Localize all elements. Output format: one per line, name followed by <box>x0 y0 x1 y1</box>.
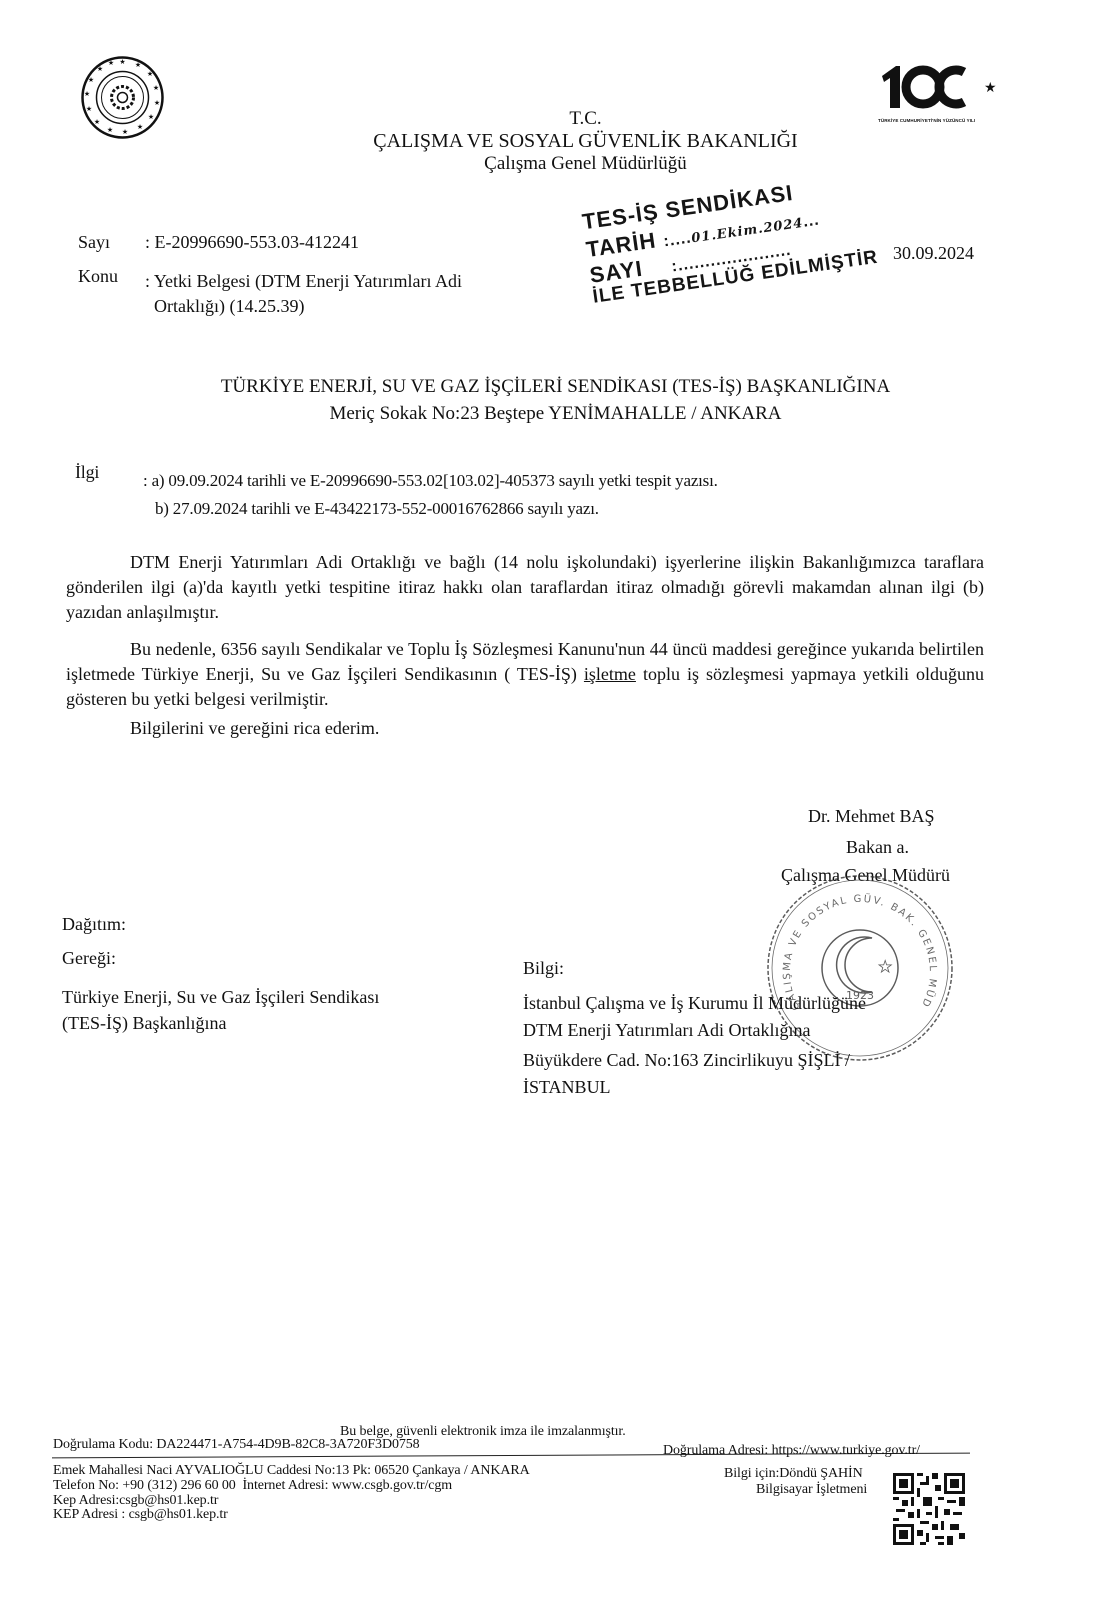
svg-text:★: ★ <box>84 90 90 98</box>
svg-text:★: ★ <box>88 76 94 84</box>
geregi-label: Gereği: <box>62 948 116 969</box>
svg-text:★: ★ <box>147 70 153 78</box>
office-address: Emek Mahallesi Naci AYVALIOĞLU Caddesi N… <box>53 1463 530 1479</box>
signatory-name: Dr. Mehmet BAŞ <box>808 806 935 827</box>
ilgi-label: İlgi <box>75 462 99 483</box>
distribution-label: Dağıtım: <box>62 914 126 935</box>
contact-title: Bilgisayar İşletmeni <box>756 1482 867 1498</box>
geregi-line-1: Türkiye Enerji, Su ve Gaz İşçileri Sendi… <box>62 987 379 1008</box>
kep-address-2[interactable]: KEP Adresi : csgb@hs01.kep.tr <box>53 1507 228 1523</box>
qr-code-icon[interactable] <box>893 1473 965 1545</box>
svg-text:★: ★ <box>878 957 892 976</box>
bilgi-line-1: İstanbul Çalışma ve İş Kurumu İl Müdürlü… <box>523 993 866 1014</box>
verification-code: Doğrulama Kodu: DA224471-A754-4D9B-82C8-… <box>53 1437 420 1453</box>
geregi-line-2: (TES-İŞ) Başkanlığına <box>62 1013 226 1034</box>
verification-address[interactable]: Doğrulama Adresi: https://www.turkiye.go… <box>663 1443 920 1459</box>
svg-text:★: ★ <box>984 80 996 96</box>
ilgi-b: b) 27.09.2024 tarihli ve E-43422173-552-… <box>155 499 599 519</box>
signatory-title-1: Bakan a. <box>846 837 909 858</box>
svg-text:★: ★ <box>135 61 141 69</box>
konu-line-1: : Yetki Belgesi (DTM Enerji Yatırımları … <box>145 271 462 292</box>
body-paragraph-1: DTM Enerji Yatırımları Adi Ortaklığı ve … <box>66 550 984 625</box>
phone-number: Telefon No: +90 (312) 296 60 00 İnternet… <box>53 1478 452 1494</box>
svg-text:★: ★ <box>153 84 159 92</box>
contact-name: Bilgi için:Döndü ŞAHİN <box>724 1466 863 1482</box>
ministry-name: ÇALIŞMA VE SOSYAL GÜVENLİK BAKANLIĞI <box>0 130 1111 153</box>
ilgi-a: : a) 09.09.2024 tarihli ve E-20996690-55… <box>143 471 718 491</box>
svg-text:★: ★ <box>97 65 103 73</box>
bilgi-label: Bilgi: <box>523 958 564 979</box>
konu-label: Konu <box>78 266 118 287</box>
bilgi-line-3: Büyükdere Cad. No:163 Zincirlikuyu ŞİŞLİ… <box>523 1050 850 1071</box>
svg-text:★: ★ <box>154 99 160 107</box>
header-tc: T.C. <box>0 108 1111 130</box>
document-date: 30.09.2024 <box>893 243 974 264</box>
bilgi-line-2: DTM Enerji Yatırımları Adi Ortaklığına <box>523 1020 810 1041</box>
sayi-label: Sayı <box>78 232 110 253</box>
sayi-value: : E-20996690-553.03-412241 <box>145 232 359 253</box>
addressee-line-2: Meriç Sokak No:23 Beştepe YENİMAHALLE / … <box>0 403 1111 425</box>
svg-text:★: ★ <box>119 58 125 66</box>
body-paragraph-3: Bilgilerini ve gereğini rica ederim. <box>66 716 984 741</box>
konu-line-2: Ortaklığı) (14.25.39) <box>154 296 304 317</box>
svg-text:★: ★ <box>108 59 114 67</box>
bilgi-line-4: İSTANBUL <box>523 1077 611 1098</box>
internet-address[interactable]: İnternet Adresi: www.csgb.gov.tr/cgm <box>243 1478 453 1493</box>
addressee-line-1: TÜRKİYE ENERJİ, SU VE GAZ İŞÇİLERİ SENDİ… <box>0 376 1111 398</box>
directorate-name: Çalışma Genel Müdürlüğü <box>0 153 1111 175</box>
body-paragraph-2: Bu nedenle, 6356 sayılı Sendikalar ve To… <box>66 637 984 712</box>
